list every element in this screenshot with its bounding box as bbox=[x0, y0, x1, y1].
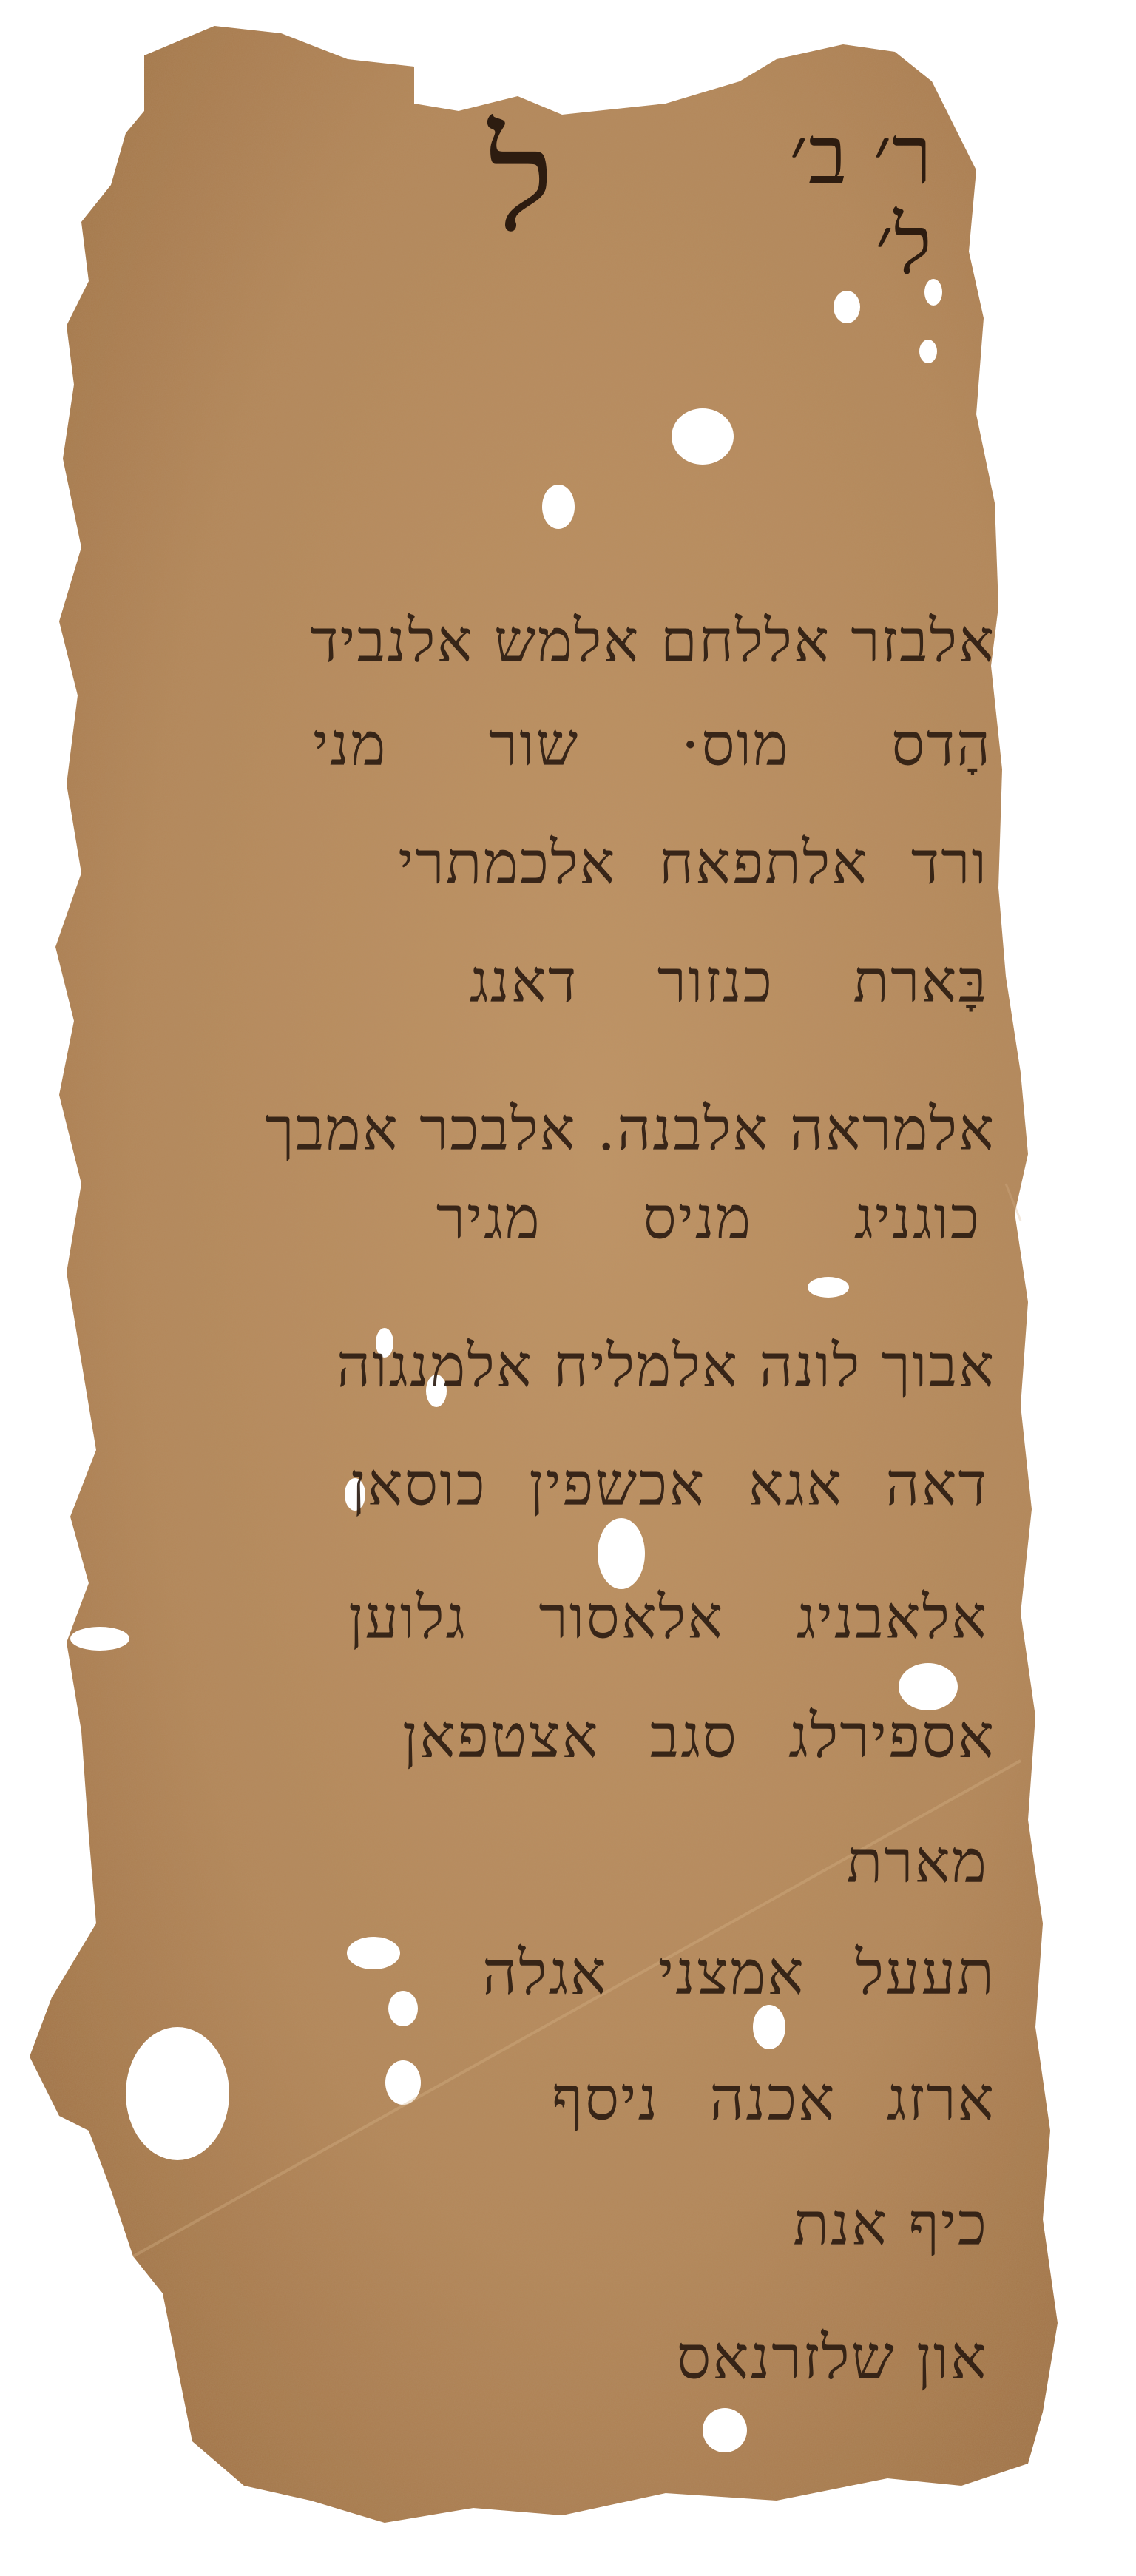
text-line-1: אלבזר אללחם אלמש אלנביד bbox=[310, 607, 995, 676]
heading-right-text: ר׳ ב׳ ל׳ bbox=[789, 108, 932, 292]
text-line-2: הָדס מוס· שור מני bbox=[313, 710, 992, 780]
text-line-5: אלמראה אלבנה. אלבכר אמבך bbox=[265, 1095, 995, 1164]
text-line-12: תעעל אמצני אגלה bbox=[482, 1938, 995, 2009]
text-line-14: כיף אנת bbox=[793, 2190, 988, 2259]
text-line-11: מארת bbox=[846, 1827, 988, 1897]
heading-mark-large: ﬥ bbox=[488, 99, 554, 263]
text-line-15: און שלזרנאס bbox=[677, 2323, 988, 2393]
text-line-4: בָּארת כנזור דאנג bbox=[469, 947, 988, 1016]
manuscript-fragment: ﬥ ר׳ ב׳ ל׳ אלבזר אללחם אלמש אלנביד הָדס … bbox=[0, 0, 1136, 2576]
text-line-13: ארזג אכנה ניסף bbox=[552, 2064, 995, 2134]
heading-right-marks: ר׳ ב׳ ל׳ bbox=[710, 111, 932, 290]
text-line-6: כוגניג מניס מגיר bbox=[436, 1184, 981, 1253]
text-line-3: ורד אלתפאח אלכמתרי bbox=[398, 829, 988, 898]
text-line-10: אספירלג סגב אצטפאן bbox=[402, 1702, 995, 1772]
text-line-7: אבוך לונה אלמליח אלמנגוה bbox=[337, 1332, 995, 1401]
heading-glyphs: ﬥ bbox=[488, 111, 554, 252]
text-line-8: דאה אגא אכשפין כוסאן bbox=[351, 1450, 988, 1520]
text-line-9: אלאבניג אלאסור גלוען bbox=[348, 1583, 988, 1653]
